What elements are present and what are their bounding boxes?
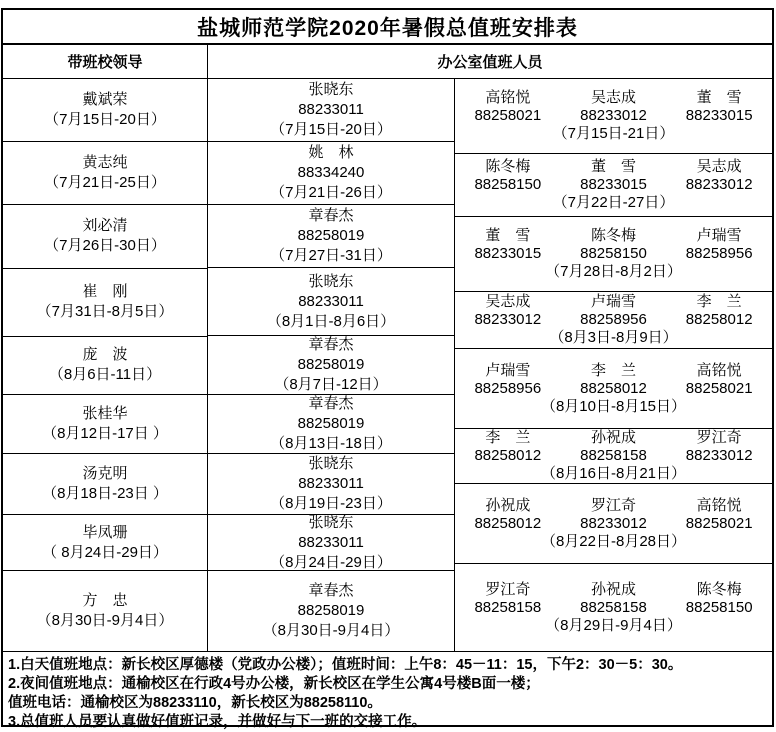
office-staff-name: 孙祝成: [591, 581, 636, 599]
office-duty-dates: （8月30日-9月4日）: [263, 621, 400, 641]
leader-duty-cell: 黄志纯 （7月21日-25日）: [3, 142, 207, 205]
office-staff-name: 陈冬梅: [485, 158, 530, 176]
leader-duty-dates: （8月12日-17日 ）: [42, 424, 168, 444]
office-staff-phone: 88233011: [298, 533, 364, 553]
column-header-leaders: 带班校领导: [3, 45, 208, 78]
office-group-duty-dates: （8月22日-8月28日）: [541, 533, 686, 551]
office-group-duty-dates: （7月28日-8月2日）: [545, 263, 682, 281]
office-staff-person: 卢瑞雪 88258956: [561, 293, 667, 329]
office-staff-person: 罗江奇 88258158: [455, 581, 561, 617]
column-header-office: 办公室值班人员: [208, 45, 772, 78]
leader-name: 张桂华: [82, 404, 127, 424]
office-group-duty-dates: （8月29日-9月4日）: [545, 617, 682, 635]
office-staff-phone: 88258019: [298, 355, 365, 375]
office-staff-person: 高铭悦 88258021: [666, 497, 772, 533]
office-group-cell: 罗江奇 88258158 孙祝成 88258158 陈冬梅 88258150 （…: [455, 564, 772, 651]
office-group-cell: 李 兰 88258012 孙祝成 88258158 罗江奇 88233012 （…: [455, 429, 772, 484]
office-staff-person: 董 雪 88233015: [666, 89, 772, 125]
office-staff-phone: 88258012: [474, 447, 541, 465]
office-staff-phone: 88233015: [686, 107, 753, 125]
footnote-line: 1.白天值班地点：新长校区厚德楼（党政办公楼）；值班时间：上午8：45－11：1…: [8, 656, 766, 675]
office-duty-dates: （8月13日-18日）: [270, 434, 392, 454]
office-staff-person: 孙祝成 88258158: [561, 429, 667, 465]
office-staff-person: 罗江奇 88233012: [666, 429, 772, 465]
office-staff-name: 章春杰: [308, 335, 353, 355]
office-staff-name: 陈冬梅: [591, 227, 636, 245]
office-staff-person: 吴志成 88233012: [455, 293, 561, 329]
leader-duty-dates: （7月31日-8月5日）: [37, 302, 174, 322]
office-staff-person: 李 兰 88258012: [666, 293, 772, 329]
office-staff-person: 吴志成 88233012: [666, 158, 772, 194]
office-staff-person: 李 兰 88258012: [455, 429, 561, 465]
office-staff-person: 陈冬梅 88258150: [561, 227, 667, 263]
office-staff-name: 张晓东: [308, 513, 353, 533]
leader-duty-dates: （8月6日-11日）: [49, 365, 161, 385]
office-staff-person: 董 雪 88233015: [561, 158, 667, 194]
office-staff-name: 卢瑞雪: [591, 293, 636, 311]
office-group-cell: 吴志成 88233012 卢瑞雪 88258956 李 兰 88258012 （…: [455, 292, 772, 350]
office-staff-name: 吴志成: [591, 89, 636, 107]
leader-duty-cell: 方 忠 （8月30日-9月4日）: [3, 571, 207, 651]
office-staff-phone: 88334240: [298, 163, 365, 183]
office-duty-cell: 张晓东 88233011 （8月1日-8月6日）: [208, 268, 454, 336]
office-staff-name: 张晓东: [308, 454, 353, 474]
office-staff-person: 董 雪 88233015: [455, 227, 561, 263]
office-staff-person: 陈冬梅 88258150: [666, 581, 772, 617]
table-header: 带班校领导 办公室值班人员: [3, 45, 772, 79]
leader-duty-dates: （7月15日-20日）: [44, 110, 166, 130]
office-staff-phone: 88258150: [686, 599, 753, 617]
office-staff-phone: 88258956: [474, 380, 541, 398]
office-staff-person: 孙祝成 88258012: [455, 497, 561, 533]
office-staff-person: 卢瑞雪 88258956: [455, 362, 561, 398]
office-staff-name: 高铭悦: [697, 497, 742, 515]
office-staff-name: 吴志成: [697, 158, 742, 176]
office-group-people: 孙祝成 88258012 罗江奇 88233012 高铭悦 88258021: [455, 497, 772, 533]
leader-name: 黄志纯: [82, 153, 127, 173]
leader-duty-cell: 张桂华 （8月12日-17日 ）: [3, 395, 207, 454]
office-staff-name: 董 雪: [697, 89, 742, 107]
office-staff-person: 李 兰 88258012: [561, 362, 667, 398]
office-staff-person: 吴志成 88233012: [561, 89, 667, 125]
office-staff-person: 高铭悦 88258021: [455, 89, 561, 125]
leaders-column: 戴斌荣 （7月15日-20日） 黄志纯 （7月21日-25日） 刘必清 （7月2…: [3, 79, 208, 651]
office-group-duty-dates: （8月16日-8月21日）: [541, 465, 686, 483]
office-staff-person: 陈冬梅 88258150: [455, 158, 561, 194]
office-staff-name: 高铭悦: [697, 362, 742, 380]
office-group-cell: 高铭悦 88258021 吴志成 88233012 董 雪 88233015 （…: [455, 79, 772, 154]
document-title: 盐城师范学院2020年暑假总值班安排表: [3, 10, 772, 45]
office-duty-cell: 章春杰 88258019 （8月13日-18日）: [208, 395, 454, 454]
office-staff-name: 罗江奇: [697, 429, 742, 447]
office-duty-cell: 章春杰 88258019 （8月30日-9月4日）: [208, 571, 454, 651]
office-staff-phone: 88258012: [686, 311, 753, 329]
office-staff-phone: 88258158: [580, 447, 647, 465]
office-staff-name: 罗江奇: [591, 497, 636, 515]
office-duty-cell: 姚 林 88334240 （7月21日-26日）: [208, 142, 454, 205]
leader-duty-cell: 戴斌荣 （7月15日-20日）: [3, 79, 207, 142]
office-staff-phone: 88258021: [474, 107, 541, 125]
office-staff-person: 孙祝成 88258158: [561, 581, 667, 617]
leader-name: 方 忠: [82, 591, 127, 611]
leader-name: 崔 刚: [82, 282, 127, 302]
leader-name: 毕凤珊: [82, 523, 127, 543]
office-group-duty-dates: （7月22日-27日）: [553, 194, 675, 212]
office-staff-name: 陈冬梅: [697, 581, 742, 599]
office-staff-phone: 88233011: [298, 100, 364, 120]
office-duty-dates: （7月21日-26日）: [270, 183, 392, 203]
office-staff-phone: 88233015: [474, 245, 541, 263]
office-staff-name: 章春杰: [308, 581, 353, 601]
leader-name: 汤克明: [82, 464, 127, 484]
office-staff-phone: 88233012: [686, 447, 753, 465]
office-staff-name: 李 兰: [591, 362, 636, 380]
office-group-people: 高铭悦 88258021 吴志成 88233012 董 雪 88233015: [455, 89, 772, 125]
office-staff-phone: 88258158: [580, 599, 647, 617]
office-staff-phone: 88258158: [474, 599, 541, 617]
footnote-line: 2.夜间值班地点：通榆校区在行政4号办公楼，新长校区在学生公寓4号楼B面一楼；: [8, 675, 766, 694]
office-staff-name: 卢瑞雪: [485, 362, 530, 380]
office-group-people: 李 兰 88258012 孙祝成 88258158 罗江奇 88233012: [455, 429, 772, 465]
leader-name: 刘必清: [82, 216, 127, 236]
office-duty-dates: （7月27日-31日）: [270, 246, 392, 266]
office-group-people: 吴志成 88233012 卢瑞雪 88258956 李 兰 88258012: [455, 293, 772, 329]
leader-duty-cell: 崔 刚 （7月31日-8月5日）: [3, 269, 207, 337]
office-staff-person: 高铭悦 88258021: [666, 362, 772, 398]
office-duty-dates: （8月24日-29日）: [270, 553, 392, 573]
office-staff-name: 罗江奇: [485, 581, 530, 599]
footnote-line: 值班电话：通榆校区为88233110，新长校区为88258110。: [8, 694, 766, 713]
leader-duty-dates: （7月21日-25日）: [44, 173, 166, 193]
office-group-people: 陈冬梅 88258150 董 雪 88233015 吴志成 88233012: [455, 158, 772, 194]
office-duty-dates: （7月15日-20日）: [270, 120, 392, 140]
office-group-cell: 孙祝成 88258012 罗江奇 88233012 高铭悦 88258021 （…: [455, 484, 772, 564]
leader-duty-dates: （7月26日-30日）: [44, 236, 166, 256]
table-body: 戴斌荣 （7月15日-20日） 黄志纯 （7月21日-25日） 刘必清 （7月2…: [3, 79, 772, 652]
office-staff-name: 姚 林: [308, 143, 353, 163]
office-duty-dates: （8月1日-8月6日）: [267, 312, 395, 332]
office-duty-dates: （8月7日-12日）: [274, 375, 387, 395]
office-staff-name: 张晓东: [308, 80, 353, 100]
duty-schedule-table: 盐城师范学院2020年暑假总值班安排表 带班校领导 办公室值班人员 戴斌荣 （7…: [1, 8, 774, 727]
office-group-duty-dates: （7月15日-21日）: [553, 125, 675, 143]
office-staff-phone: 88233012: [580, 515, 647, 533]
office-staff-phone: 88258012: [580, 380, 647, 398]
office-staff-name: 卢瑞雪: [697, 227, 742, 245]
office-staff-person: 罗江奇 88233012: [561, 497, 667, 533]
office-staff-phone: 88258956: [580, 311, 647, 329]
office-staff-phone: 88258019: [298, 226, 365, 246]
office-group-people: 卢瑞雪 88258956 李 兰 88258012 高铭悦 88258021: [455, 362, 772, 398]
office-staff-name: 李 兰: [485, 429, 530, 447]
office-staff-phone: 88258150: [580, 245, 647, 263]
office-staff-phone: 88258021: [686, 515, 753, 533]
office-staff-phone: 88233012: [474, 311, 541, 329]
office-staff-name: 孙祝成: [591, 429, 636, 447]
office-staff-phone: 88233012: [580, 107, 647, 125]
office-staff-phone: 88233011: [298, 474, 364, 494]
footnote-line: 3.总值班人员要认真做好值班记录，并做好与下一班的交接工作。: [8, 713, 766, 732]
office-staff-name: 董 雪: [591, 158, 636, 176]
office-single-column: 张晓东 88233011 （7月15日-20日） 姚 林 88334240 （7…: [208, 79, 455, 651]
office-staff-phone: 88258019: [298, 414, 365, 434]
office-staff-name: 吴志成: [485, 293, 530, 311]
office-group-cell: 董 雪 88233015 陈冬梅 88258150 卢瑞雪 88258956 （…: [455, 217, 772, 292]
office-group-cell: 陈冬梅 88258150 董 雪 88233015 吴志成 88233012 （…: [455, 154, 772, 217]
office-group-duty-dates: （8月3日-8月9日）: [549, 329, 677, 347]
office-staff-name: 高铭悦: [485, 89, 530, 107]
office-staff-phone: 88233012: [686, 176, 753, 194]
office-duty-cell: 张晓东 88233011 （8月24日-29日）: [208, 515, 454, 571]
office-staff-phone: 88258012: [474, 515, 541, 533]
office-staff-name: 李 兰: [697, 293, 742, 311]
office-staff-phone: 88258150: [474, 176, 541, 194]
leader-duty-cell: 刘必清 （7月26日-30日）: [3, 205, 207, 269]
leader-duty-dates: （8月18日-23日 ）: [42, 484, 168, 504]
office-staff-name: 张晓东: [308, 272, 353, 292]
office-group-people: 罗江奇 88258158 孙祝成 88258158 陈冬梅 88258150: [455, 581, 772, 617]
office-staff-name: 章春杰: [308, 394, 353, 414]
office-staff-phone: 88233011: [298, 292, 364, 312]
leader-name: 戴斌荣: [82, 90, 127, 110]
leader-duty-dates: （ 8月24日-29日）: [42, 543, 168, 563]
office-duty-cell: 章春杰 88258019 （8月7日-12日）: [208, 336, 454, 395]
leader-duty-dates: （8月30日-9月4日）: [37, 611, 174, 631]
office-staff-person: 卢瑞雪 88258956: [666, 227, 772, 263]
office-staff-name: 董 雪: [485, 227, 530, 245]
office-staff-phone: 88233015: [580, 176, 647, 194]
office-group-column: 高铭悦 88258021 吴志成 88233012 董 雪 88233015 （…: [455, 79, 772, 651]
footnotes: 1.白天值班地点：新长校区厚德楼（党政办公楼）；值班时间：上午8：45－11：1…: [3, 652, 772, 727]
office-staff-phone: 88258019: [298, 601, 365, 621]
office-group-cell: 卢瑞雪 88258956 李 兰 88258012 高铭悦 88258021 （…: [455, 349, 772, 429]
office-staff-phone: 88258956: [686, 245, 753, 263]
office-group-duty-dates: （8月10日-8月15日）: [541, 398, 686, 416]
office-group-people: 董 雪 88233015 陈冬梅 88258150 卢瑞雪 88258956: [455, 227, 772, 263]
office-staff-name: 孙祝成: [485, 497, 530, 515]
office-duty-cell: 章春杰 88258019 （7月27日-31日）: [208, 205, 454, 269]
office-duty-dates: （8月19日-23日）: [270, 494, 392, 514]
office-staff-phone: 88258021: [686, 380, 753, 398]
office-staff-name: 章春杰: [308, 206, 353, 226]
leader-name: 庞 波: [82, 345, 127, 365]
office-duty-cell: 张晓东 88233011 （8月19日-23日）: [208, 454, 454, 515]
leader-duty-cell: 汤克明 （8月18日-23日 ）: [3, 454, 207, 515]
leader-duty-cell: 毕凤珊 （ 8月24日-29日）: [3, 515, 207, 571]
office-duty-cell: 张晓东 88233011 （7月15日-20日）: [208, 79, 454, 142]
leader-duty-cell: 庞 波 （8月6日-11日）: [3, 337, 207, 396]
